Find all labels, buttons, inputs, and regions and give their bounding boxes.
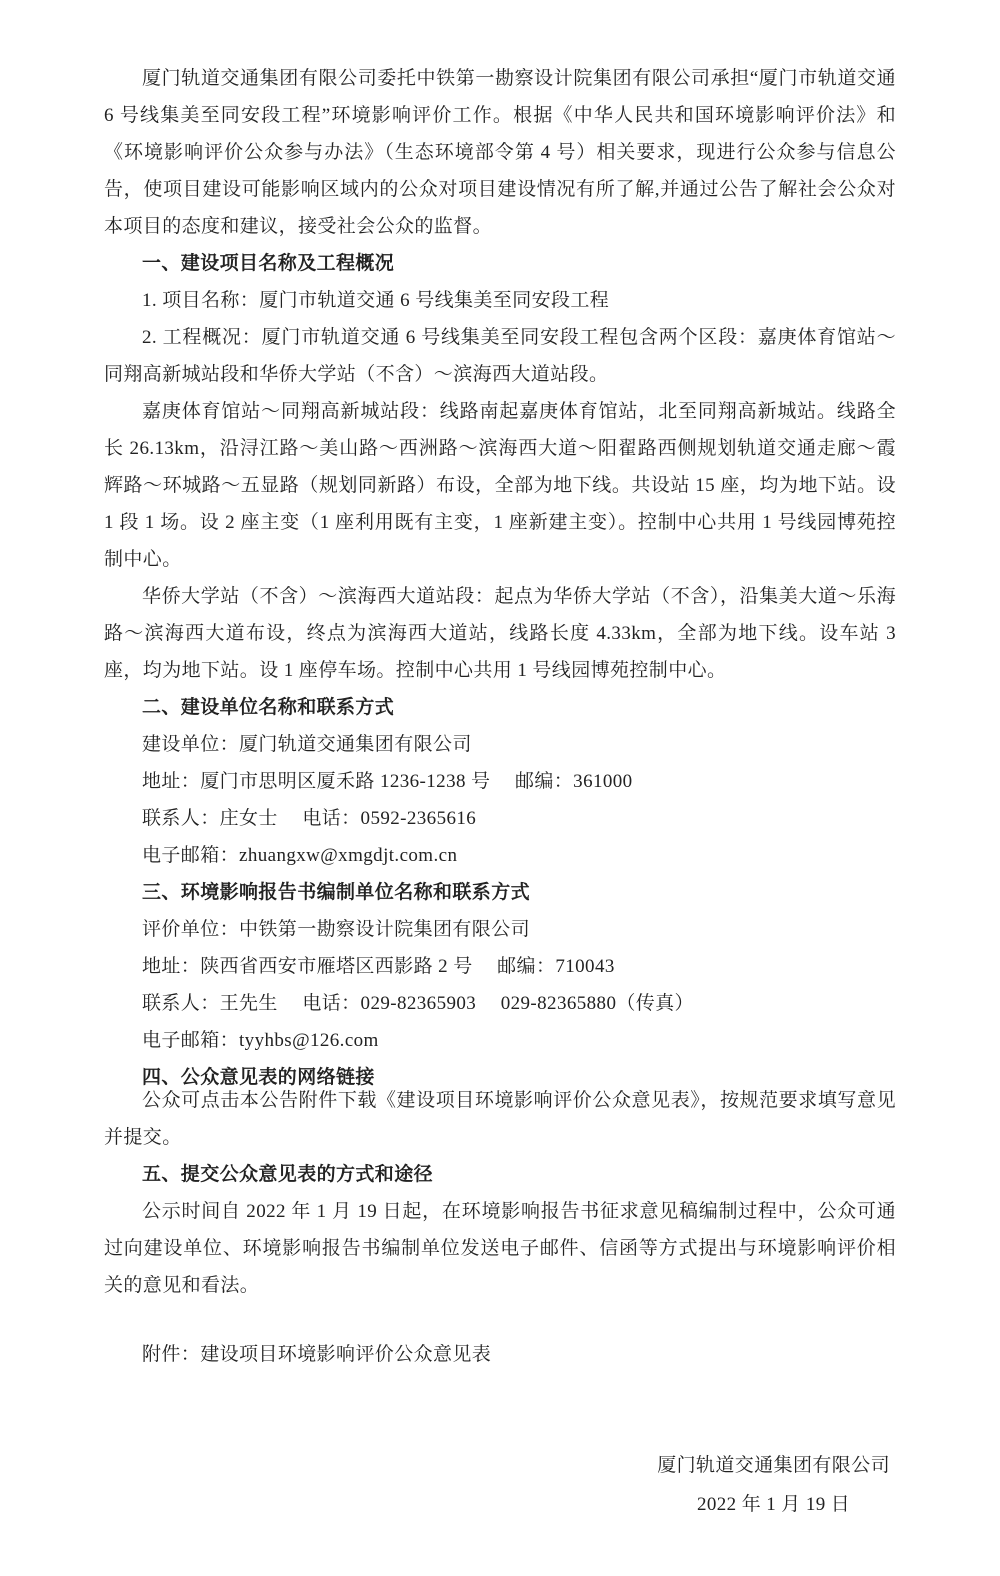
signature-company: 厦门轨道交通集团有限公司 [657, 1447, 890, 1484]
eia-email-line: 电子邮箱：tyyhbs@126.com [104, 1022, 896, 1059]
segment-1-paragraph: 嘉庚体育馆站～同翔高新城站段：线路南起嘉庚体育馆站，北至同翔高新城站。线路全长 … [104, 393, 896, 578]
signature-block: 厦门轨道交通集团有限公司 2022 年 1 月 19 日 [657, 1447, 890, 1526]
section-2-heading: 二、建设单位名称和联系方式 [104, 689, 896, 726]
section-3-heading: 三、环境影响报告书编制单位名称和联系方式 [104, 874, 896, 911]
builder-contact-line: 联系人：庄女士 电话：0592-2365616 [104, 800, 896, 837]
project-name-item: 1. 项目名称：厦门市轨道交通 6 号线集美至同安段工程 [104, 282, 896, 319]
builder-address-line: 地址：厦门市思明区厦禾路 1236-1238 号 邮编：361000 [104, 763, 896, 800]
section-1-heading: 一、建设项目名称及工程概况 [104, 245, 896, 282]
attachment-line: 附件：建设项目环境影响评价公众意见表 [104, 1336, 896, 1373]
eia-contact-line: 联系人：王先生 电话：029-82365903 029-82365880（传真） [104, 985, 896, 1022]
eia-unit-line: 评价单位：中铁第一勘察设计院集团有限公司 [104, 911, 896, 948]
project-overview-item: 2. 工程概况：厦门市轨道交通 6 号线集美至同安段工程包含两个区段：嘉庚体育馆… [104, 319, 896, 393]
signature-date: 2022 年 1 月 19 日 [657, 1484, 890, 1526]
section-5-heading: 五、提交公众意见表的方式和途径 [104, 1156, 896, 1193]
section-4-paragraph: 公众可点击本公告附件下载《建设项目环境影响评价公众意见表》，按规范要求填写意见并… [104, 1082, 896, 1156]
intro-paragraph: 厦门轨道交通集团有限公司委托中铁第一勘察设计院集团有限公司承担“厦门市轨道交通 … [104, 60, 896, 245]
notice-page: 厦门轨道交通集团有限公司委托中铁第一勘察设计院集团有限公司承担“厦门市轨道交通 … [0, 0, 1000, 1576]
builder-email-line: 电子邮箱：zhuangxw@xmgdjt.com.cn [104, 837, 896, 874]
builder-unit-line: 建设单位：厦门轨道交通集团有限公司 [104, 726, 896, 763]
section-5-paragraph: 公示时间自 2022 年 1 月 19 日起，在环境影响报告书征求意见稿编制过程… [104, 1193, 896, 1304]
eia-address-line: 地址：陕西省西安市雁塔区西影路 2 号 邮编：710043 [104, 948, 896, 985]
segment-2-paragraph: 华侨大学站（不含）～滨海西大道站段：起点为华侨大学站（不含），沿集美大道～乐海路… [104, 578, 896, 689]
